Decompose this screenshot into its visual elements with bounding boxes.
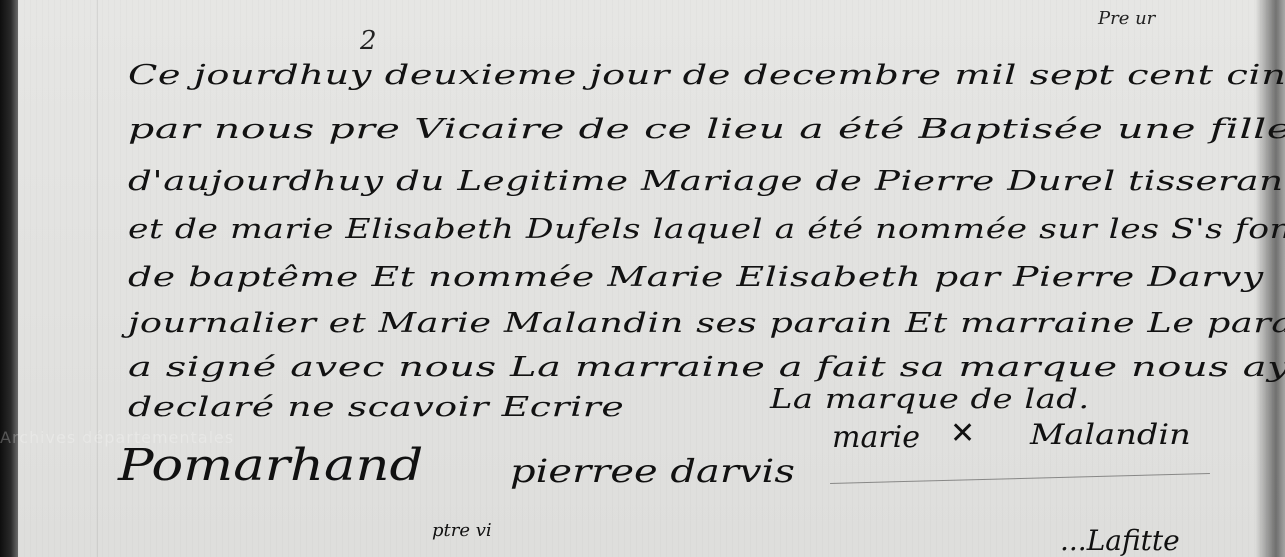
entry-line-2: par nous pre Vicaire de ce lieu a été Ba…: [128, 114, 1285, 145]
entry-line-6: journalier et Marie Malandin ses parain …: [128, 308, 1285, 339]
entry-line-5: de baptême Et nommée Marie Elisabeth par…: [128, 262, 1264, 293]
signature-vicar: Pomarhand: [118, 440, 423, 491]
entry-line-1: Ce jourdhuy deuxieme jour de decembre mi…: [128, 60, 1285, 91]
book-binding-shadow: [0, 0, 18, 557]
entry-line-3: d'aujourdhuy du Legitime Mariage de Pier…: [128, 166, 1284, 197]
archive-watermark: Archives départementales: [0, 428, 1285, 447]
margin-rule: [97, 0, 98, 557]
next-entry-partial-name: ...Lafitte: [1060, 524, 1180, 557]
mark-annotation: La marque de lad.: [770, 384, 1090, 415]
marginal-number: 2: [360, 26, 377, 56]
signature-rule: [830, 473, 1210, 484]
entry-line-8: declaré ne scavoir Ecrire: [128, 392, 624, 423]
entry-line-4: et de marie Elisabeth Dufels laquel a ét…: [128, 214, 1285, 245]
insertion-above-line: Pre ur: [1098, 8, 1155, 29]
signature-vicar-title: ptre vi: [432, 520, 492, 541]
entry-line-7: a signé avec nous La marraine a fait sa …: [128, 352, 1285, 383]
signature-godfather: pierree darvis: [510, 452, 795, 490]
register-page: 2 Pre ur Ce jourdhuy deuxieme jour de de…: [0, 0, 1285, 557]
